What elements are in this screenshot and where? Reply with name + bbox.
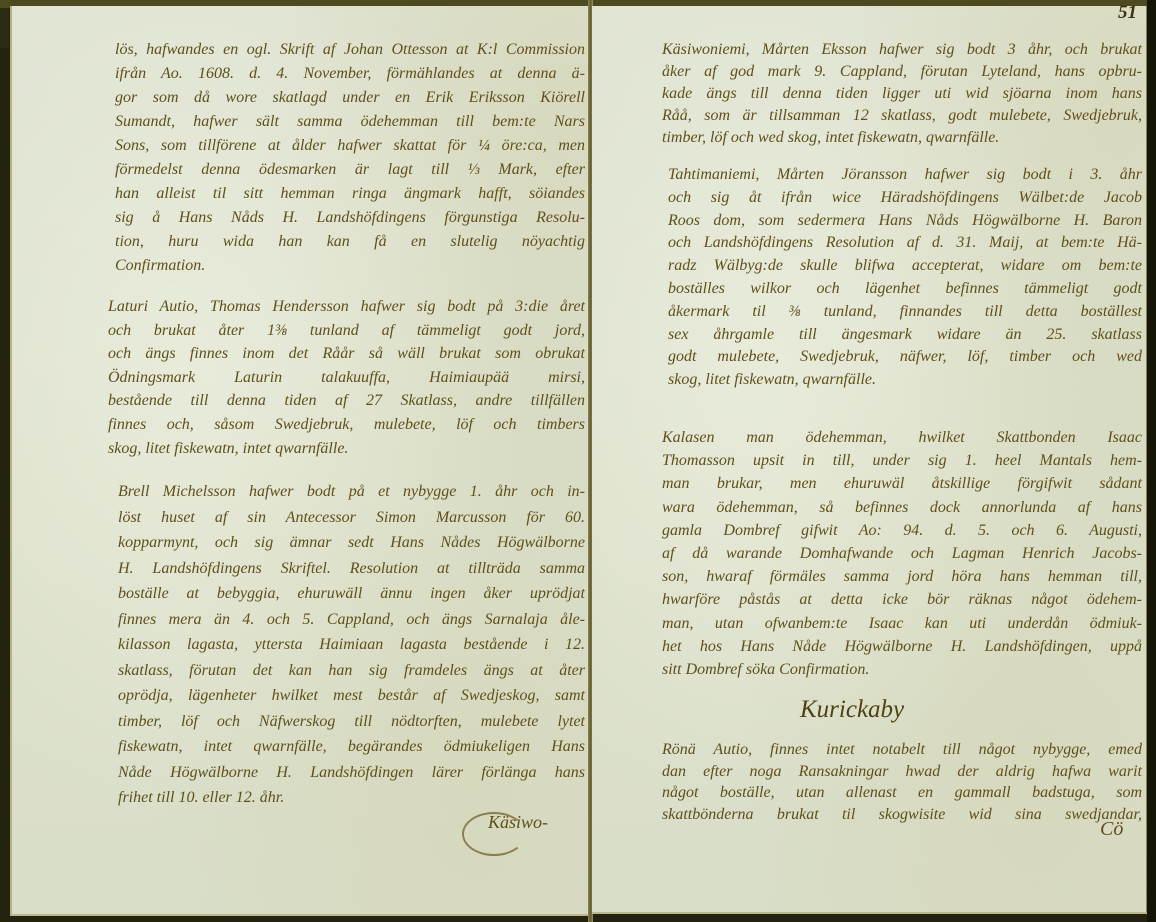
text-line: Tahtimaniemi, Mårten Jöransson hafwer si… [668,164,1142,187]
text-line: frihet till 10. eller 12. åhr. [118,785,585,811]
right-edge-shadow [1147,0,1156,922]
text-line: gor som då wore skatlagd under en Erik E… [115,86,585,110]
text-line: ifrån Ao. 1608. d. 4. November, förmähla… [115,62,585,86]
left-edge-shadow [0,8,9,48]
text-line: han alleist til sitt hemman ringa ängmar… [115,182,585,206]
text-line: finnes mera än 4. och 5. Cappland, och ä… [118,607,585,633]
text-line: förmedelst denna ödesmarken är lagt till… [115,158,585,182]
text-line: Sumandt, hafwer sält samma ödehemman til… [115,110,585,134]
text-line: åker af god mark 9. Cappland, förutan Ly… [662,61,1142,83]
text-line: sex åhrgamle till ängesmark widare än 25… [668,324,1142,347]
text-line: lös, hafwandes en ogl. Skrift af Johan O… [115,38,585,62]
text-line: Ödningsmark Laturin talakuuffa, Haimiaup… [108,366,585,390]
text-line: kopparmynt, och sig ämnar sedt Hans Nåde… [118,530,585,556]
left-paragraph-3: Brell Michelsson hafwer bodt på et nybyg… [118,479,585,811]
text-line: sig å Hans Nåds H. Landshöfdingens förgu… [115,206,585,230]
text-line: radz Wälbyg:de skulle blifwa accepterat,… [668,255,1142,278]
text-line: finnes och, såsom Swedjebruk, mulebete, … [108,413,585,437]
text-line: skattbönderna brukat til skogwisite wid … [662,804,1142,826]
text-line: skog, litet fiskewatn, intet qwarnfälle. [108,437,585,461]
text-line: H. Landshöfdingens Skriftel. Resolution … [118,556,585,582]
text-line: skog, litet fiskewatn, qwarnfälle. [668,369,1142,392]
text-line: och Landshöfdingens Resolution af d. 31.… [668,232,1142,255]
right-catchword: Cö [1100,818,1123,841]
text-line: Sons, som tillförene at ålder hafwer ska… [115,134,585,158]
text-line: tion, huru wida han kan få en slutelig n… [115,230,585,254]
text-line: oprödja, lägenheter hwilket mest består … [118,683,585,709]
text-line: timber, löf och wed skog, intet fiskewat… [662,127,1142,149]
text-line: sitt Dombref söka Confirmation. [662,658,1142,681]
left-paragraph-1: lös, hafwandes en ogl. Skrift af Johan O… [115,38,585,278]
text-line: timber, löf och Näfwerskog till nödtorft… [118,709,585,735]
text-line: hwarföre påstås at detta icke bör räknas… [662,588,1142,611]
text-line: Nåde Högwälborne H. Landshöfdingen lärer… [118,760,585,786]
section-heading: Kurickaby [800,696,904,724]
text-line: skatlass, förutan det kan han sig framde… [118,658,585,684]
right-paragraph-4: Rönä Autio, finnes intet notabelt till n… [662,739,1142,826]
text-line: son, hwaraf förmäles samma jord höra han… [662,565,1142,588]
text-line: dan efter noga Ransakningar hwad der ald… [662,761,1142,783]
text-line: Thomasson upsit in till, under sig 1. he… [662,449,1142,472]
left-paragraph-2: Laturi Autio, Thomas Hendersson hafwer s… [108,295,585,460]
text-line: gamla Dombref gifwit Ao: 94. d. 5. och 6… [662,519,1142,542]
text-line: Rönä Autio, finnes intet notabelt till n… [662,739,1142,761]
text-line: Kalasen man ödehemman, hwilket Skattbond… [662,426,1142,449]
page-number: 51 [1118,2,1137,24]
text-line: af då warande Domhafwande och Lagman Hen… [662,542,1142,565]
text-line: något boställe, utan allenast en gammall… [662,782,1142,804]
text-line: man brukar, men ehuruwäl åtskillige förg… [662,472,1142,495]
text-line: Råå, som är tillsamman 12 skatlass, godt… [662,105,1142,127]
text-line: Käsiwoniemi, Mårten Eksson hafwer sig bo… [662,39,1142,61]
text-line: boställes wilkor och lägenhet befinnes t… [668,278,1142,301]
text-line: kade ängs till denna tiden ligger uti wi… [662,83,1142,105]
text-line: åkermark til ⅜ tunland, finnandes till d… [668,301,1142,324]
text-line: löst huset af sin Antecessor Simon Marcu… [118,505,585,531]
text-line: kilasson lagasta, yttersta Haimiaan laga… [118,632,585,658]
text-line: Roos dom, som sedermera Hans Nåds Högwäl… [668,210,1142,233]
right-paragraph-3: Kalasen man ödehemman, hwilket Skattbond… [662,426,1142,681]
text-line: Laturi Autio, Thomas Hendersson hafwer s… [108,295,585,319]
text-line: och brukat åter 1⅜ tunland af tämmeligt … [108,319,585,343]
text-line: och sig åt ifrån wice Häradshöfdingens W… [668,187,1142,210]
left-catchword: Käsiwo- [488,812,548,833]
text-line: bestående till denna tiden af 27 Skatlas… [108,389,585,413]
text-line: wara ödehemman, så befinnes dock annorlu… [662,496,1142,519]
text-line: boställe at bebyggia, ehuruwäll ännu ing… [118,581,585,607]
text-line: man, utan ofwanbem:te Isaac kan uti unde… [662,612,1142,635]
right-paragraph-1: Käsiwoniemi, Mårten Eksson hafwer sig bo… [662,39,1142,149]
text-line: och ängs finnes inom det Råår så wäll br… [108,342,585,366]
text-line: Brell Michelsson hafwer bodt på et nybyg… [118,479,585,505]
text-line: Confirmation. [115,254,585,278]
text-line: godt mulebete, Swedjebruk, näfwer, löf, … [668,346,1142,369]
text-line: het hos Hans Nåde Högwälborne H. Landshö… [662,635,1142,658]
text-line: fiskewatn, intet qwarnfälle, begärandes … [118,734,585,760]
right-paragraph-2: Tahtimaniemi, Mårten Jöransson hafwer si… [668,164,1142,392]
